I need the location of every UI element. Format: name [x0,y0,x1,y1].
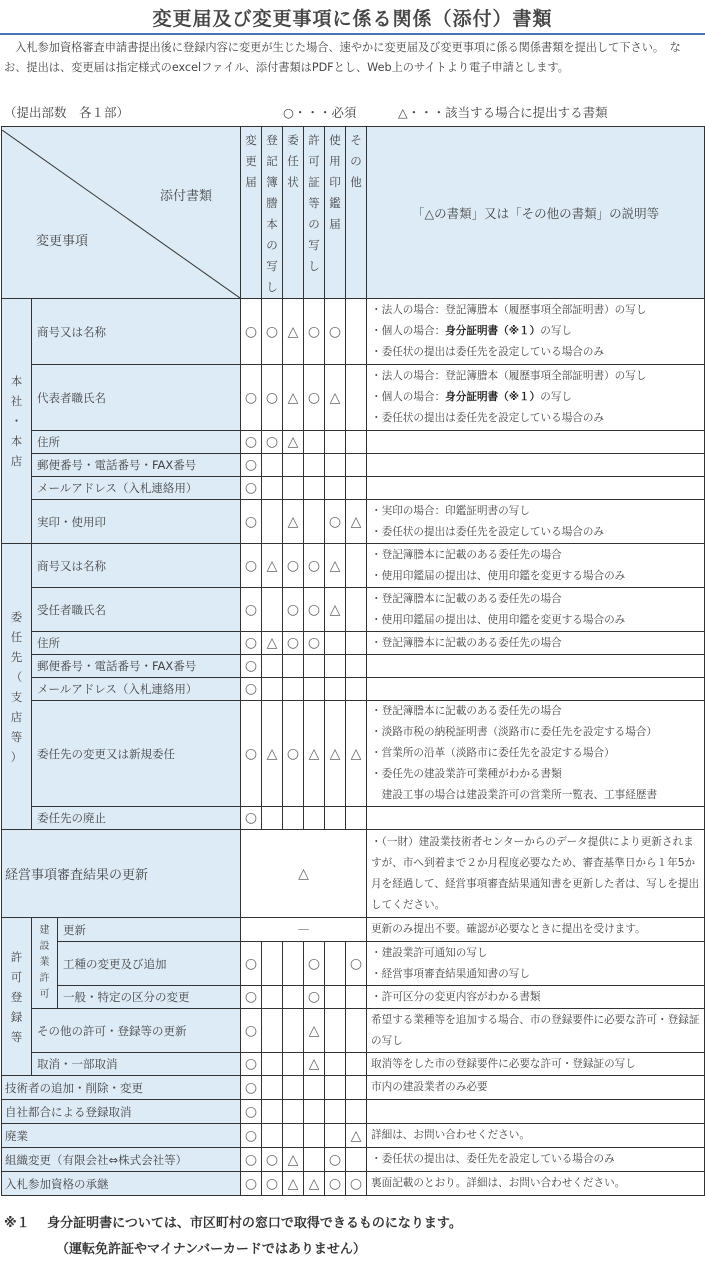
mark-cell: ○ [241,655,262,678]
explanation-cell: ・登記簿謄本に記載のある委任先の場合・淡路市税の納税証明書（淡路市に委任先を設定… [367,701,705,807]
mark-cell [325,942,346,986]
mark-cell [283,477,304,500]
table-row: 受任者職氏名○○○△・登記簿謄本に記載のある委任先の場合・使用印鑑届の提出は、使… [2,588,705,632]
change-item-label: 一般・特定の区分の変更 [58,986,241,1009]
mark-cell: △ [283,299,304,365]
mark-cell [304,477,325,500]
change-items-header: 変更事項 [36,230,88,249]
change-item-label: メールアドレス（入札連絡用） [32,477,241,500]
mark-cell: ○ [241,1172,262,1196]
mark-cell: ○ [241,1076,262,1100]
mark-cell: ○ [325,1148,346,1172]
mark-cell: ○ [241,701,262,807]
change-item-label: 住所 [32,431,241,454]
group-label-ininsaki: 委任先（支店等） [2,544,32,830]
mark-cell [304,431,325,454]
mark-cell: ○ [262,431,283,454]
mark-cell [325,655,346,678]
change-item-label: 廃業 [2,1124,241,1148]
table-row: 入札参加資格の承継○○△△○○裏面記載のとおり。詳細は、お問い合わせください。 [2,1172,705,1196]
mark-cell: △ [262,701,283,807]
explanation-cell: ・委任状の提出は、委任先を設定している場合のみ [367,1148,705,1172]
diagonal-header-cell: 添付書類 変更事項 [2,127,241,299]
table-row: 取消・一部取消○△取消等をした市の登録要件に必要な許可・登録証の写し [2,1053,705,1076]
mark-cell: △ [283,365,304,431]
change-item-label: メールアドレス（入札連絡用） [32,678,241,701]
table-row: 住所○○△ [2,431,705,454]
table-row: 実印・使用印○△○△・実印の場合：印鑑証明書の写し・委任状の提出は委任先を設定し… [2,500,705,544]
mark-cell [304,1076,325,1100]
mark-cell [262,477,283,500]
change-item-label: 更新 [58,918,241,942]
keishin-label: 経営事項審査結果の更新 [2,830,241,918]
mark-cell [283,678,304,701]
mark-cell [262,1053,283,1076]
legend-triangle: △・・・該当する場合に提出する書類 [398,103,608,121]
mark-cell: △ [304,1053,325,1076]
mark-cell: △ [325,365,346,431]
change-item-label: 組織変更（有限会社⇔株式会社等） [2,1148,241,1172]
table-row: 住所○△○○・登記簿謄本に記載のある委任先の場合 [2,632,705,655]
mark-cell [262,655,283,678]
mark-cell [262,986,283,1009]
mark-cell [346,986,367,1009]
explanation-cell: ・法人の場合：登記簿謄本（履歴事項全部証明書）の写し・個人の場合：身分証明書（※… [367,299,705,365]
mark-cell: △ [346,500,367,544]
mark-cell [304,807,325,830]
mark-cell: △ [283,1172,304,1196]
explanation-cell: ・法人の場合：登記簿謄本（履歴事項全部証明書）の写し・個人の場合：身分証明書（※… [367,365,705,431]
col-header-touki: 登記簿謄本の写し [262,127,283,299]
mark-cell: ○ [241,942,262,986]
mark-cell: ○ [241,500,262,544]
explanation-cell [367,477,705,500]
mark-cell: ○ [262,365,283,431]
mark-cell: ○ [304,632,325,655]
table-row: 一般・特定の区分の変更○○・許可区分の変更内容がわかる書類 [2,986,705,1009]
mark-cell [283,655,304,678]
copies-note: （提出部数 各１部） [4,103,129,121]
mark-cell: ○ [325,1172,346,1196]
mark-cell [304,454,325,477]
mark-cell [346,1009,367,1053]
mark-cell [325,1076,346,1100]
mark-cell [325,1100,346,1124]
mark-cell: ○ [241,1124,262,1148]
diagonal-line [2,130,240,298]
mark-cell [304,655,325,678]
mark-cell [346,655,367,678]
mark-cell: △ [304,701,325,807]
mark-cell [325,986,346,1009]
mark-cell [346,1100,367,1124]
change-item-label: 商号又は名称 [32,299,241,365]
mark-cell: ○ [304,544,325,588]
explanation-cell: 詳細は、お問い合わせください。 [367,1124,705,1148]
footnote-1: ※１ 身分証明書については、市区町村の窓口で取得できるものになります。 [4,1212,462,1231]
mark-cell: ○ [325,299,346,365]
mark-cell [283,807,304,830]
table-row: 本社・本店商号又は名称○○△○○・法人の場合：登記簿謄本（履歴事項全部証明書）の… [2,299,705,365]
footnote-1-detail: （運転免許証やマイナンバーカードではありません） [56,1238,366,1257]
change-item-label: その他の許可・登録等の更新 [32,1009,241,1053]
explanation-header: 「△の書類」又は「その他の書類」の説明等 [367,127,705,299]
change-item-label: 実印・使用印 [32,500,241,544]
mark-cell [262,1076,283,1100]
mark-cell: ○ [304,986,325,1009]
title-divider [0,33,705,35]
mark-cell: ○ [304,299,325,365]
mark-cell: ○ [241,1009,262,1053]
explanation-cell: ・登記簿謄本に記載のある委任先の場合・使用印鑑届の提出は、使用印鑑を変更する場合… [367,544,705,588]
change-item-label: 代表者職氏名 [32,365,241,431]
mark-cell [346,454,367,477]
table-row: 廃業○△詳細は、お問い合わせください。 [2,1124,705,1148]
mark-cell [283,1053,304,1076]
mark-cell [325,1053,346,1076]
mark-cell [262,678,283,701]
mark-cell: ○ [346,942,367,986]
mark-cell: △ [325,544,346,588]
mark-cell [325,807,346,830]
mark-cell: ○ [346,1172,367,1196]
mark-cell: ○ [241,365,262,431]
explanation-cell: 取消等をした市の登録要件に必要な許可・登録証の写し [367,1053,705,1076]
mark-cell: △ [262,544,283,588]
mark-cell: ○ [262,1148,283,1172]
mark-cell: △ [325,701,346,807]
mark-cell: △ [346,701,367,807]
explanation-cell: ・実印の場合：印鑑証明書の写し・委任状の提出は委任先を設定している場合のみ [367,500,705,544]
table-row: メールアドレス（入札連絡用）○ [2,477,705,500]
mark-cell [283,1076,304,1100]
page-title: 変更届及び変更事項に係る関係（添付）書類 [0,4,705,31]
table-row: メールアドレス（入札連絡用）○ [2,678,705,701]
mark-cell: ○ [241,678,262,701]
mark-cell: ○ [241,1100,262,1124]
mark-cell: ○ [241,588,262,632]
explanation-cell [367,678,705,701]
change-item-label: 住所 [32,632,241,655]
mark-cell: ○ [283,588,304,632]
table-row: 工種の変更及び追加○○○・建設業許可通知の写し・経営事項審査結果通知書の写し [2,942,705,986]
mark-cell [262,807,283,830]
mark-cell: ○ [304,942,325,986]
mark-cell: △ [346,1124,367,1148]
mark-cell [304,1124,325,1148]
group-label-kyoka: 許可登録等 [2,918,32,1076]
explanation-cell: ・建設業許可通知の写し・経営事項審査結果通知書の写し [367,942,705,986]
change-item-label: 受任者職氏名 [32,588,241,632]
col-header-henkoutodoke: 変更届 [241,127,262,299]
col-header-kyokashou: 許可証等の写し [304,127,325,299]
change-item-label: 商号又は名称 [32,544,241,588]
explanation-cell: 希望する業種等を追加する場合、市の登録要件に必要な許可・登録証の写し [367,1009,705,1053]
mark-cell [325,477,346,500]
attachments-header: 添付書類 [160,185,212,204]
col-header-inkan: 使用印鑑届 [325,127,346,299]
mark-cell [346,299,367,365]
mark-cell [346,678,367,701]
mark-cell [325,431,346,454]
change-item-label: 委任先の廃止 [32,807,241,830]
explanation-cell: ・許可区分の変更内容がわかる書類 [367,986,705,1009]
mark-cell: ○ [241,632,262,655]
explanation-cell: 市内の建設業者のみ必要 [367,1076,705,1100]
table-row: 自社都合による登録取消○ [2,1100,705,1124]
table-row: 郵便番号・電話番号・FAX番号○ [2,655,705,678]
mark-cell [262,1009,283,1053]
explanation-cell [367,1100,705,1124]
mark-cell [346,1053,367,1076]
change-item-label: 取消・一部取消 [32,1053,241,1076]
mark-cell: ○ [241,1148,262,1172]
change-item-label: 工種の変更及び追加 [58,942,241,986]
mark-cell [283,986,304,1009]
change-item-label: 郵便番号・電話番号・FAX番号 [32,655,241,678]
subgroup-label-kensetsu: 建設業許可 [32,918,58,1009]
explanation-cell: 裏面記載のとおり。詳細は、お問い合わせください。 [367,1172,705,1196]
mark-cell: ○ [283,632,304,655]
mark-cell: △ [283,1148,304,1172]
mark-cell: ○ [241,544,262,588]
mark-cell [262,588,283,632]
mark-cell [262,942,283,986]
intro-paragraph: 入札参加資格審査申請書提出後に登録内容に変更が生じた場合、速やかに変更届及び変更… [4,38,702,78]
change-item-label: 自社都合による登録取消 [2,1100,241,1124]
mark-cell [283,454,304,477]
mark-cell: － [241,918,367,942]
mark-cell: △ [241,830,367,918]
mark-cell [325,1124,346,1148]
explanation-cell [367,655,705,678]
mark-cell: △ [304,1172,325,1196]
table-row: 許可登録等建設業許可更新－更新のみ提出不要。確認が必要なときに提出を受けます。 [2,918,705,942]
mark-cell [346,365,367,431]
table-row: 郵便番号・電話番号・FAX番号○ [2,454,705,477]
legend-circle: ○・・・必須 [283,103,356,121]
mark-cell: ○ [283,701,304,807]
table-row: 組織変更（有限会社⇔株式会社等）○○△○・委任状の提出は、委任先を設定している場… [2,1148,705,1172]
mark-cell: ○ [262,1172,283,1196]
table-row: 代表者職氏名○○△○△・法人の場合：登記簿謄本（履歴事項全部証明書）の写し・個人… [2,365,705,431]
mark-cell: ○ [241,1053,262,1076]
header-row: 添付書類 変更事項 変更届 登記簿謄本の写し 委任状 許可証等の写し 使用印鑑届… [2,127,705,299]
change-item-label: 郵便番号・電話番号・FAX番号 [32,454,241,477]
mark-cell: △ [325,588,346,632]
mark-cell [346,477,367,500]
mark-cell: ○ [241,454,262,477]
mark-cell: ○ [262,299,283,365]
explanation-cell: ・登記簿謄本に記載のある委任先の場合・使用印鑑届の提出は、使用印鑑を変更する場合… [367,588,705,632]
mark-cell [346,807,367,830]
table-row: 経営事項審査結果の更新△・（一財）建設業技術者センターからのデータ提供により更新… [2,830,705,918]
explanation-cell [367,807,705,830]
mark-cell: ○ [304,588,325,632]
mark-cell [325,1009,346,1053]
mark-cell [304,500,325,544]
mark-cell [262,500,283,544]
mark-cell: ○ [283,544,304,588]
change-item-label: 技術者の追加・削除・変更 [2,1076,241,1100]
explanation-cell [367,431,705,454]
change-item-label: 入札参加資格の承継 [2,1172,241,1196]
mark-cell [283,1124,304,1148]
mark-cell: △ [283,500,304,544]
mark-cell [262,1124,283,1148]
mark-cell [325,632,346,655]
mark-cell [304,1148,325,1172]
mark-cell [346,1148,367,1172]
mark-cell: △ [283,431,304,454]
mark-cell: ○ [241,299,262,365]
mark-cell [325,678,346,701]
mark-cell: ○ [304,365,325,431]
mark-cell [346,632,367,655]
mark-cell [304,678,325,701]
mark-cell [304,1100,325,1124]
mark-cell [346,1076,367,1100]
mark-cell [346,431,367,454]
mark-cell: ○ [325,500,346,544]
mark-cell [325,454,346,477]
mark-cell [283,1100,304,1124]
mark-cell: △ [304,1009,325,1053]
mark-cell [283,1009,304,1053]
mark-cell: ○ [241,477,262,500]
table-row: その他の許可・登録等の更新○△希望する業種等を追加する場合、市の登録要件に必要な… [2,1009,705,1053]
table-row: 技術者の追加・削除・変更○市内の建設業者のみ必要 [2,1076,705,1100]
mark-cell [262,454,283,477]
requirements-table: 添付書類 変更事項 変更届 登記簿謄本の写し 委任状 許可証等の写し 使用印鑑届… [1,126,705,1196]
col-header-ininjou: 委任状 [283,127,304,299]
explanation-cell: ・（一財）建設業技術者センターからのデータ提供により更新されますが、市へ到着まで… [367,830,705,918]
explanation-cell: ・登記簿謄本に記載のある委任先の場合 [367,632,705,655]
mark-cell: △ [262,632,283,655]
change-item-label: 委任先の変更又は新規委任 [32,701,241,807]
group-label-honsha: 本社・本店 [2,299,32,544]
mark-cell [346,588,367,632]
mark-cell: ○ [241,431,262,454]
explanation-cell: 更新のみ提出不要。確認が必要なときに提出を受けます。 [367,918,705,942]
mark-cell [283,942,304,986]
col-header-sonota: その他 [346,127,367,299]
table-row: 委任先（支店等）商号又は名称○△○○△・登記簿謄本に記載のある委任先の場合・使用… [2,544,705,588]
table-row: 委任先の変更又は新規委任○△○△△△・登記簿謄本に記載のある委任先の場合・淡路市… [2,701,705,807]
mark-cell: ○ [241,807,262,830]
mark-cell: ○ [241,986,262,1009]
mark-cell [346,544,367,588]
table-row: 委任先の廃止○ [2,807,705,830]
explanation-cell [367,454,705,477]
mark-cell [262,1100,283,1124]
